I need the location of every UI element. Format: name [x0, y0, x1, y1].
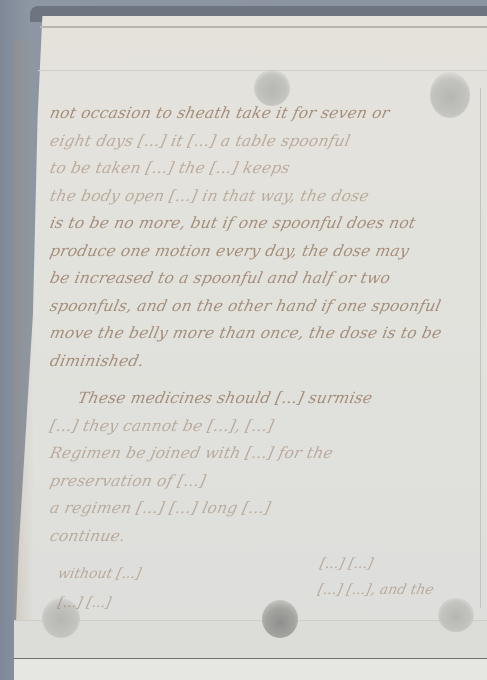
top-crease-line	[38, 70, 487, 71]
body-line: eight days [...] it [...] a table spoonf…	[47, 128, 473, 156]
seal-mark-bottom-right	[438, 598, 474, 632]
body-line: produce one motion every day, the dose m…	[47, 238, 473, 266]
closing-line-right-2: [...] [...], and the	[316, 582, 435, 598]
paragraph2-line: These medicines should [...] surmise	[47, 385, 473, 413]
page-edge-stain	[14, 40, 34, 660]
body-line: to be taken [...] the [...] keeps	[47, 155, 473, 183]
paragraph2-line: preservation of [...]	[47, 468, 473, 496]
closing-line-right-1: [...] [...]	[318, 556, 374, 572]
bottom-fold-band	[14, 620, 487, 661]
closing-fragment-left-1: without [...]	[56, 566, 142, 582]
paragraph2-line: a regimen [...] [...] long [...]	[47, 495, 473, 523]
paragraph2-line: [...] they cannot be [...], [...]	[47, 413, 473, 441]
body-line: spoonfuls, and on the other hand if one …	[47, 293, 473, 321]
top-fold-line	[40, 26, 487, 28]
right-margin-rule	[480, 88, 481, 608]
paragraph2-line: Regimen be joined with [...] for the	[47, 440, 473, 468]
body-line: move the belly more than once, the dose …	[47, 320, 473, 348]
body-line: be increased to a spoonful and half or t…	[47, 265, 473, 293]
closing-fragment-left-2: [...] [...]	[56, 595, 112, 611]
body-line: not occasion to sheath take it for seven…	[47, 100, 473, 128]
next-page-edge	[14, 659, 487, 680]
body-line: is to be no more, but if one spoonful do…	[47, 210, 473, 238]
paragraph2-line: continue.	[47, 523, 473, 551]
scanned-manuscript: not occasion to sheath take it for seven…	[0, 0, 487, 680]
body-line: diminished.	[47, 348, 473, 376]
letter-body: not occasion to sheath take it for seven…	[50, 100, 470, 550]
seal-mark-bottom-center	[262, 600, 298, 638]
body-line: the body open [...] in that way, the dos…	[47, 183, 473, 211]
